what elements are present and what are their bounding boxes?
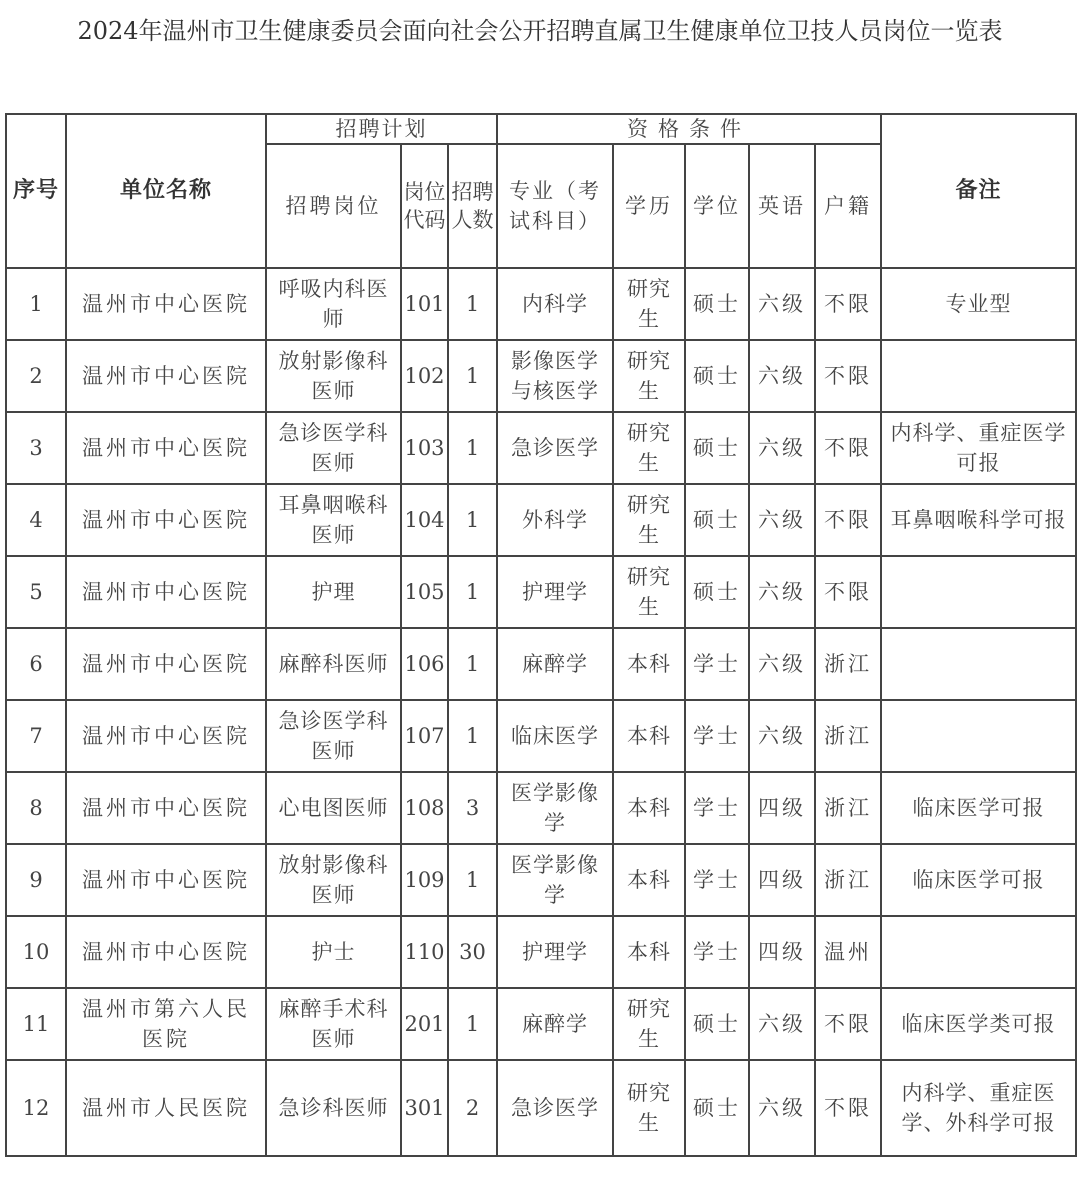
cell-unit: 温州市中心医院	[66, 700, 266, 772]
cell-seq: 2	[6, 340, 66, 412]
cell-english: 四级	[749, 916, 815, 988]
cell-code: 201	[401, 988, 448, 1060]
cell-count: 1	[448, 700, 497, 772]
cell-major: 护理学	[497, 916, 613, 988]
cell-count: 1	[448, 268, 497, 340]
cell-position: 急诊医学科医师	[266, 412, 401, 484]
table-row: 9温州市中心医院放射影像科医师1091医学影像学本科学士四级浙江临床医学可报	[6, 844, 1076, 916]
cell-notes: 临床医学可报	[881, 772, 1076, 844]
cell-degree: 硕士	[685, 988, 749, 1060]
cell-seq: 7	[6, 700, 66, 772]
cell-count: 1	[448, 556, 497, 628]
cell-education: 研究生	[613, 1060, 685, 1156]
cell-english: 六级	[749, 484, 815, 556]
cell-code: 110	[401, 916, 448, 988]
cell-major: 麻醉学	[497, 988, 613, 1060]
header-major: 专业（考试科目）	[497, 144, 613, 268]
cell-seq: 12	[6, 1060, 66, 1156]
table-row: 8温州市中心医院心电图医师1083医学影像学本科学士四级浙江临床医学可报	[6, 772, 1076, 844]
cell-seq: 10	[6, 916, 66, 988]
cell-unit: 温州市中心医院	[66, 340, 266, 412]
cell-major: 急诊医学	[497, 1060, 613, 1156]
cell-notes: 耳鼻咽喉科学可报	[881, 484, 1076, 556]
cell-education: 研究生	[613, 988, 685, 1060]
cell-english: 六级	[749, 628, 815, 700]
cell-notes: 临床医学可报	[881, 844, 1076, 916]
cell-household: 不限	[815, 988, 881, 1060]
header-notes: 备注	[881, 114, 1076, 268]
cell-count: 1	[448, 412, 497, 484]
cell-education: 本科	[613, 916, 685, 988]
cell-seq: 8	[6, 772, 66, 844]
cell-major: 影像医学与核医学	[497, 340, 613, 412]
cell-household: 浙江	[815, 772, 881, 844]
header-qualification-group: 资格条件	[497, 114, 881, 144]
cell-education: 研究生	[613, 556, 685, 628]
cell-unit: 温州市中心医院	[66, 772, 266, 844]
cell-household: 浙江	[815, 628, 881, 700]
cell-household: 不限	[815, 556, 881, 628]
cell-position: 急诊科医师	[266, 1060, 401, 1156]
table-row: 11温州市第六人民医院麻醉手术科医师2011麻醉学研究生硕士六级不限临床医学类可…	[6, 988, 1076, 1060]
cell-education: 研究生	[613, 268, 685, 340]
cell-code: 102	[401, 340, 448, 412]
cell-count: 1	[448, 628, 497, 700]
cell-notes: 内科学、重症医学、外科学可报	[881, 1060, 1076, 1156]
cell-education: 本科	[613, 772, 685, 844]
cell-household: 浙江	[815, 700, 881, 772]
cell-english: 六级	[749, 340, 815, 412]
table-row: 4温州市中心医院耳鼻咽喉科医师1041外科学研究生硕士六级不限耳鼻咽喉科学可报	[6, 484, 1076, 556]
cell-unit: 温州市中心医院	[66, 916, 266, 988]
cell-english: 六级	[749, 556, 815, 628]
cell-unit: 温州市中心医院	[66, 628, 266, 700]
table-row: 6温州市中心医院麻醉科医师1061麻醉学本科学士六级浙江	[6, 628, 1076, 700]
table-row: 5温州市中心医院护理1051护理学研究生硕士六级不限	[6, 556, 1076, 628]
cell-education: 本科	[613, 844, 685, 916]
cell-notes	[881, 556, 1076, 628]
cell-seq: 1	[6, 268, 66, 340]
cell-household: 不限	[815, 412, 881, 484]
cell-unit: 温州市第六人民医院	[66, 988, 266, 1060]
cell-degree: 学士	[685, 916, 749, 988]
header-household: 户籍	[815, 144, 881, 268]
cell-code: 103	[401, 412, 448, 484]
cell-major: 内科学	[497, 268, 613, 340]
cell-position: 急诊医学科医师	[266, 700, 401, 772]
cell-position: 呼吸内科医师	[266, 268, 401, 340]
cell-seq: 6	[6, 628, 66, 700]
cell-position: 护理	[266, 556, 401, 628]
cell-code: 301	[401, 1060, 448, 1156]
cell-count: 2	[448, 1060, 497, 1156]
cell-position: 麻醉科医师	[266, 628, 401, 700]
cell-education: 研究生	[613, 340, 685, 412]
header-degree: 学位	[685, 144, 749, 268]
cell-unit: 温州市中心医院	[66, 268, 266, 340]
cell-english: 四级	[749, 772, 815, 844]
cell-code: 107	[401, 700, 448, 772]
cell-degree: 硕士	[685, 340, 749, 412]
cell-household: 温州	[815, 916, 881, 988]
cell-education: 本科	[613, 700, 685, 772]
cell-notes	[881, 700, 1076, 772]
cell-household: 不限	[815, 268, 881, 340]
table-row: 1温州市中心医院呼吸内科医师1011内科学研究生硕士六级不限专业型	[6, 268, 1076, 340]
cell-major: 急诊医学	[497, 412, 613, 484]
cell-notes: 临床医学类可报	[881, 988, 1076, 1060]
cell-code: 101	[401, 268, 448, 340]
header-education: 学历	[613, 144, 685, 268]
table-row: 10温州市中心医院护士11030护理学本科学士四级温州	[6, 916, 1076, 988]
cell-english: 六级	[749, 412, 815, 484]
cell-major: 医学影像学	[497, 772, 613, 844]
table-row: 3温州市中心医院急诊医学科医师1031急诊医学研究生硕士六级不限内科学、重症医学…	[6, 412, 1076, 484]
cell-degree: 学士	[685, 700, 749, 772]
cell-code: 109	[401, 844, 448, 916]
header-count: 招聘人数	[448, 144, 497, 268]
cell-english: 六级	[749, 700, 815, 772]
positions-table: 序号 单位名称 招聘计划 资格条件 备注 招聘岗位 岗位代码 招聘人数 专业（考…	[5, 113, 1077, 1157]
cell-unit: 温州市中心医院	[66, 484, 266, 556]
cell-position: 放射影像科医师	[266, 844, 401, 916]
header-unit: 单位名称	[66, 114, 266, 268]
cell-position: 心电图医师	[266, 772, 401, 844]
table-row: 7温州市中心医院急诊医学科医师1071临床医学本科学士六级浙江	[6, 700, 1076, 772]
header-seq: 序号	[6, 114, 66, 268]
cell-major: 外科学	[497, 484, 613, 556]
cell-seq: 5	[6, 556, 66, 628]
cell-degree: 学士	[685, 772, 749, 844]
table-row: 12温州市人民医院急诊科医师3012急诊医学研究生硕士六级不限内科学、重症医学、…	[6, 1060, 1076, 1156]
cell-position: 护士	[266, 916, 401, 988]
cell-count: 3	[448, 772, 497, 844]
cell-degree: 硕士	[685, 484, 749, 556]
cell-degree: 学士	[685, 628, 749, 700]
cell-english: 六级	[749, 1060, 815, 1156]
cell-major: 护理学	[497, 556, 613, 628]
cell-notes	[881, 916, 1076, 988]
cell-seq: 4	[6, 484, 66, 556]
cell-degree: 硕士	[685, 412, 749, 484]
cell-code: 106	[401, 628, 448, 700]
cell-notes	[881, 628, 1076, 700]
cell-unit: 温州市人民医院	[66, 1060, 266, 1156]
cell-english: 六级	[749, 988, 815, 1060]
cell-education: 研究生	[613, 412, 685, 484]
cell-seq: 9	[6, 844, 66, 916]
cell-count: 1	[448, 988, 497, 1060]
cell-notes	[881, 340, 1076, 412]
header-code: 岗位代码	[401, 144, 448, 268]
cell-count: 1	[448, 844, 497, 916]
cell-notes: 专业型	[881, 268, 1076, 340]
cell-degree: 硕士	[685, 556, 749, 628]
table-row: 2温州市中心医院放射影像科医师1021影像医学与核医学研究生硕士六级不限	[6, 340, 1076, 412]
cell-seq: 3	[6, 412, 66, 484]
cell-english: 四级	[749, 844, 815, 916]
cell-major: 麻醉学	[497, 628, 613, 700]
cell-degree: 学士	[685, 844, 749, 916]
cell-count: 1	[448, 484, 497, 556]
cell-unit: 温州市中心医院	[66, 412, 266, 484]
cell-household: 不限	[815, 340, 881, 412]
cell-unit: 温州市中心医院	[66, 556, 266, 628]
cell-code: 105	[401, 556, 448, 628]
header-english: 英语	[749, 144, 815, 268]
cell-count: 30	[448, 916, 497, 988]
cell-code: 104	[401, 484, 448, 556]
cell-english: 六级	[749, 268, 815, 340]
cell-major: 医学影像学	[497, 844, 613, 916]
cell-code: 108	[401, 772, 448, 844]
cell-seq: 11	[6, 988, 66, 1060]
cell-degree: 硕士	[685, 1060, 749, 1156]
document-title: 2024年温州市卫生健康委员会面向社会公开招聘直属卫生健康单位卫技人员岗位一览表	[0, 2, 1080, 60]
cell-education: 本科	[613, 628, 685, 700]
cell-degree: 硕士	[685, 268, 749, 340]
cell-household: 不限	[815, 1060, 881, 1156]
cell-position: 耳鼻咽喉科医师	[266, 484, 401, 556]
cell-major: 临床医学	[497, 700, 613, 772]
cell-unit: 温州市中心医院	[66, 844, 266, 916]
cell-education: 研究生	[613, 484, 685, 556]
cell-position: 麻醉手术科医师	[266, 988, 401, 1060]
cell-household: 不限	[815, 484, 881, 556]
cell-notes: 内科学、重症医学可报	[881, 412, 1076, 484]
cell-household: 浙江	[815, 844, 881, 916]
cell-position: 放射影像科医师	[266, 340, 401, 412]
header-plan-group: 招聘计划	[266, 114, 497, 144]
header-position: 招聘岗位	[266, 144, 401, 268]
cell-count: 1	[448, 340, 497, 412]
